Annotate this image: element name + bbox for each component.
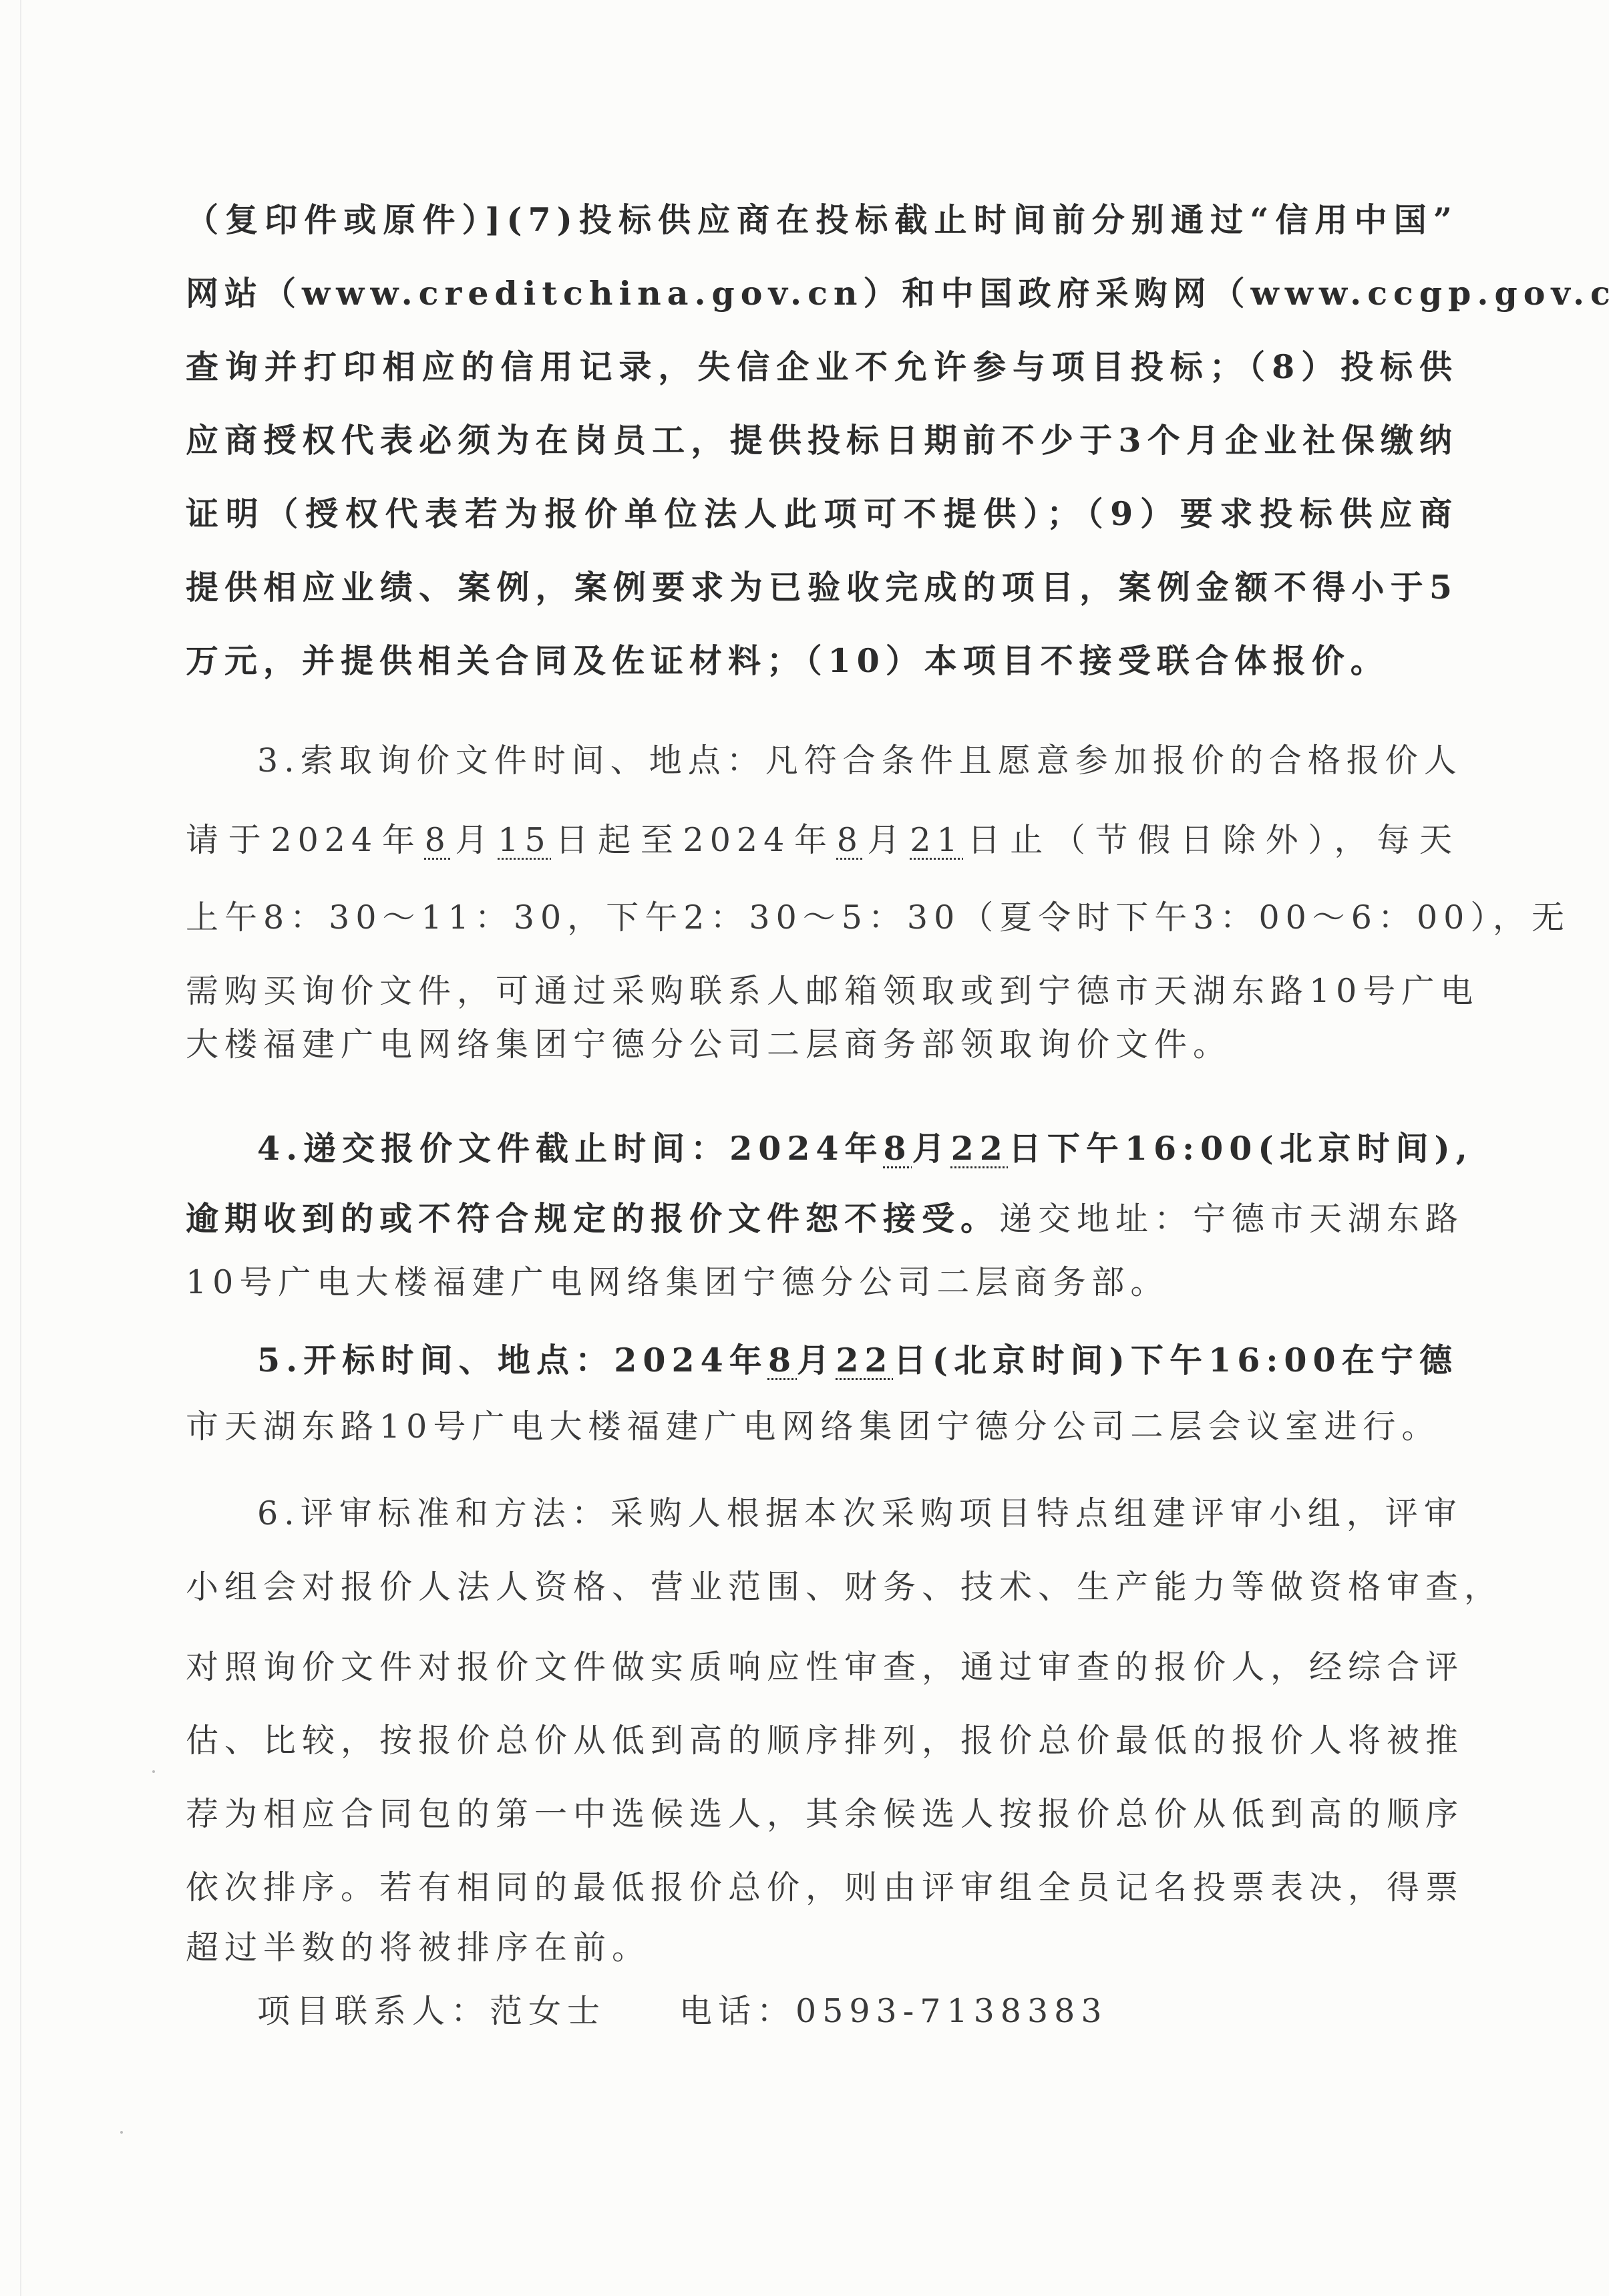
date-text: 月 [452, 821, 498, 859]
opening-text: 日(北京时间)下午16:00在宁德 [894, 1341, 1458, 1379]
date-text: 日止（节假日除外），每天 [964, 821, 1458, 859]
deadline-day: 22 [951, 1129, 1009, 1168]
scan-speck [120, 2131, 123, 2134]
section6-line-1: 6.评审标准和方法：采购人根据本次采购项目特点组建评审小组，评审 [257, 1490, 1458, 1538]
submission-address: 递交地址：宁德市天湖东路 [999, 1200, 1464, 1238]
deadline-month: 8 [884, 1129, 912, 1168]
section3-heading-line: 3.索取询价文件时间、地点：凡符合条件且愿意参加报价的合格报价人 [257, 737, 1458, 785]
section5-opening-line: 5.开标时间、地点：2024年8月22日(北京时间)下午16:00在宁德 [257, 1336, 1458, 1384]
section4-address-line: 10号广电大楼福建广电网络集团宁德分公司二层商务部。 [186, 1259, 1458, 1307]
section6-line-5: 荐为相应合同包的第一中选候选人，其余候选人按报价总价从低到高的顺序 [186, 1790, 1458, 1838]
section6-line-7: 超过半数的将被排序在前。 [186, 1924, 1458, 1972]
section4-rejection-line: 逾期收到的或不符合规定的报价文件恕不接受。递交地址：宁德市天湖东路 [186, 1194, 1458, 1243]
deadline-text: 4.递交报价文件截止时间：2024年 [257, 1129, 884, 1168]
scanned-document-page: （复印件或原件）](7)投标供应商在投标截止时间前分别通过“信用中国” 网站（w… [0, 0, 1609, 2296]
qualification-line-2: 网站（www.creditchina.gov.cn）和中国政府采购网（www.c… [186, 269, 1458, 317]
opening-day: 22 [836, 1341, 893, 1379]
start-month: 8 [425, 821, 452, 859]
qualification-line-3: 查询并打印相应的信用记录，失信企业不允许参与项目投标；（8）投标供 [186, 343, 1458, 391]
contact-line: 项目联系人：范女士电话：0593-7138383 [257, 1987, 1108, 2035]
qualification-line-4: 应商授权代表必须为在岗员工，提供投标日期前不少于3个月企业社保缴纳 [186, 416, 1458, 464]
contact-phone: 电话：0593-7138383 [679, 1992, 1108, 2030]
qualification-line-7: 万元，并提供相关合同及佐证材料；（10）本项目不接受联合体报价。 [186, 637, 1458, 685]
section4-deadline-line: 4.递交报价文件截止时间：2024年8月22日下午16:00(北京时间), [257, 1124, 1458, 1172]
date-text: 月 [864, 821, 910, 859]
date-text: 请于2024年 [186, 821, 425, 859]
section5-location-line: 市天湖东路10号广电大楼福建广电网络集团宁德分公司二层会议室进行。 [186, 1403, 1458, 1451]
section6-line-2: 小组会对报价人法人资格、营业范围、财务、技术、生产能力等做资格审查， [186, 1563, 1458, 1611]
start-day: 15 [498, 821, 551, 859]
scan-edge-shadow [20, 0, 21, 2296]
section3-date-line: 请于2024年8月15日起至2024年8月21日止（节假日除外），每天 [186, 816, 1458, 864]
opening-text: 月 [797, 1341, 836, 1379]
end-month: 8 [837, 821, 864, 859]
deadline-text: 日下午16:00(北京时间), [1009, 1129, 1473, 1168]
end-day: 21 [910, 821, 963, 859]
section6-line-4: 估、比较，按报价总价从低到高的顺序排列，报价总价最低的报价人将被推 [186, 1717, 1458, 1765]
qualification-line-1: （复印件或原件）](7)投标供应商在投标截止时间前分别通过“信用中国” [186, 196, 1458, 244]
contact-person: 项目联系人：范女士 [257, 1992, 606, 2030]
section6-line-3: 对照询价文件对报价文件做实质响应性审查，通过审查的报价人，经综合评 [186, 1643, 1458, 1691]
section3-hours-line: 上午8：30～11：30，下午2：30～5：30（夏令时下午3：00～6：00）… [186, 894, 1458, 942]
rejection-notice: 逾期收到的或不符合规定的报价文件恕不接受。 [186, 1199, 999, 1238]
scan-speck [152, 1770, 155, 1773]
qualification-line-6: 提供相应业绩、案例，案例要求为已验收完成的项目，案例金额不得小于5 [186, 563, 1458, 611]
opening-text: 5.开标时间、地点：2024年 [257, 1341, 768, 1379]
section3-location-line-2: 大楼福建广电网络集团宁德分公司二层商务部领取询价文件。 [186, 1021, 1458, 1069]
opening-month: 8 [768, 1341, 797, 1379]
section3-location-line: 需购买询价文件，可通过采购联系人邮箱领取或到宁德市天湖东路10号广电 [186, 967, 1458, 1015]
deadline-text: 月 [912, 1129, 951, 1168]
date-text: 日起至2024年 [552, 821, 837, 859]
section6-line-6: 依次排序。若有相同的最低报价总价，则由评审组全员记名投票表决，得票 [186, 1864, 1458, 1912]
qualification-line-5: 证明（授权代表若为报价单位法人此项可不提供）；（9）要求投标供应商 [186, 490, 1458, 538]
